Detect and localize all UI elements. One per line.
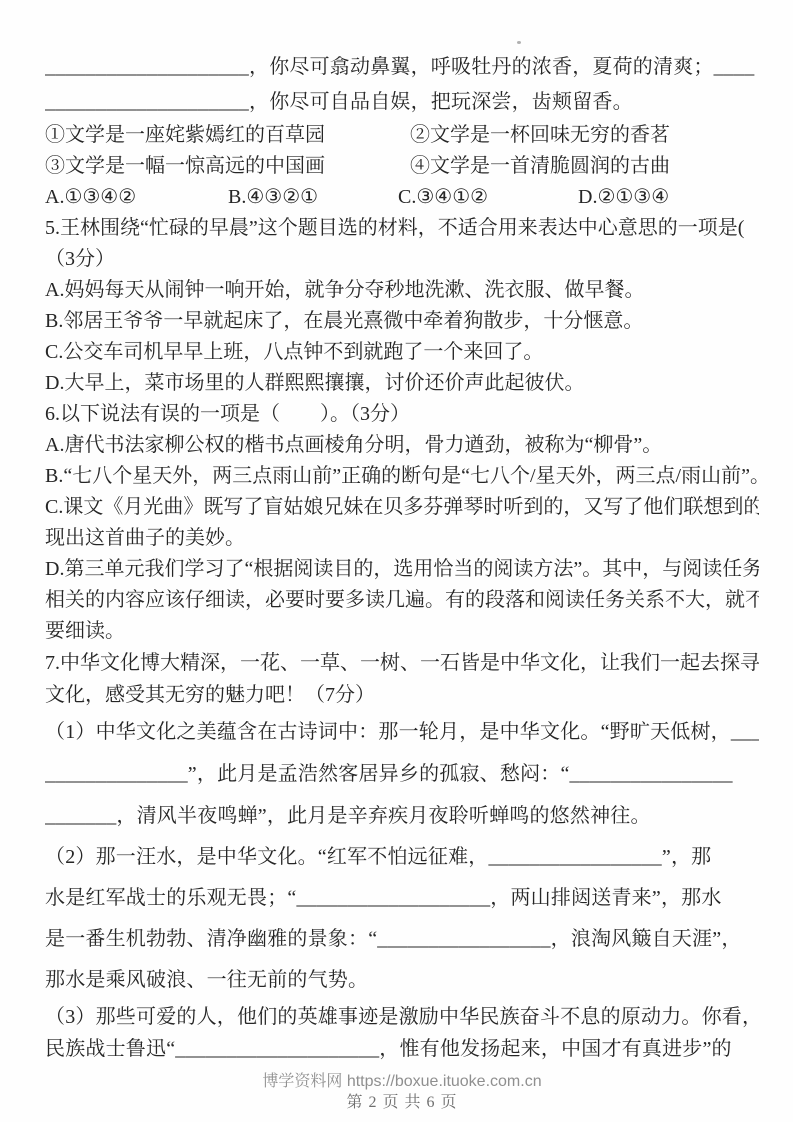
q7-sub1-line-3: _______，清风半夜鸣蝉”，此月是辛弃疾月夜聆听蝉鸣的悠然神往。 <box>45 795 759 837</box>
q4-fill-line-1: ____________________，你尽可翕动鼻翼，呼吸牡丹的浓香，夏荷的… <box>45 50 759 85</box>
scan-artifact-dot <box>517 41 521 44</box>
q6-option-c-line-1: C.课文《月光曲》既写了盲姑娘兄妹在贝多芬弹琴时听到的，又写了他们联想到的，表 <box>45 492 759 523</box>
q5-option-b: B.邻居王爷爷一早就起床了，在晨光熹微中牵着狗散步，十分惬意。 <box>45 306 759 337</box>
page-number: 第 2 页 共 6 页 <box>45 1093 759 1113</box>
question-5: 5.王林围绕“忙碌的早晨”这个题目选的材料，不适合用来表达中心意思的一项是( )… <box>45 213 759 399</box>
q4-choices-row: A.①③④② B.④③②① C.③④①② D.②①③④ <box>45 182 759 213</box>
q7-sub2-line-2: 水是红军战士的乐观无畏；“___________________，两山排闼送青来… <box>45 878 759 919</box>
q6-stem: 6.以下说法有误的一项是（ ）。（3分） <box>45 399 759 430</box>
q4-statement-4: ④文学是一首清脆圆润的古曲 <box>410 151 670 182</box>
q5-option-d: D.大早上，菜市场里的人群熙熙攘攘，讨价还价声此起彼伏。 <box>45 368 759 399</box>
q7-stem-line-1: 7.中华文化博大精深，一花、一草、一树、一石皆是中华文化，让我们一起去探寻中华 <box>45 647 759 679</box>
q7-stem-line-2: 文化，感受其无穷的魅力吧！（7分） <box>45 679 759 711</box>
q7-sub2-line-4: 那水是乘风破浪、一往无前的气势。 <box>45 960 759 1001</box>
q7-sub2-line-1: （2）那一汪水，是中华文化。“红军不怕远征难，_________________… <box>45 837 759 878</box>
q6-option-d-line-3: 要细读。 <box>45 616 759 647</box>
q4-fill-line-2: ____________________，你尽可自品自娱，把玩深尝，齿颊留香。 <box>45 85 759 120</box>
q7-sub3-line-1: （3）那些可爱的人，他们的英雄事迹是激励中华民族奋斗不息的原动力。你看，那是 <box>45 1001 759 1033</box>
q5-option-c: C.公交车司机早早上班，八点钟不到就跑了一个来回了。 <box>45 337 759 368</box>
q6-option-d-line-1: D.第三单元我们学习了“根据阅读目的，选用恰当的阅读方法”。其中，与阅读任务 <box>45 554 759 585</box>
q4-statement-2: ②文学是一杯回味无穷的香茗 <box>410 120 670 151</box>
question-6: 6.以下说法有误的一项是（ ）。（3分） A.唐代书法家柳公权的楷书点画棱角分明… <box>45 399 759 647</box>
q4-choice-a: A.①③④② <box>45 182 228 213</box>
exam-page: ____________________，你尽可翕动鼻翼，呼吸牡丹的浓香，夏荷的… <box>0 0 793 1122</box>
q6-option-c-line-2: 现出这首曲子的美妙。 <box>45 523 759 554</box>
q6-option-d-line-2: 相关的内容应该仔细读，必要时要多读几遍。有的段落和阅读任务关系不大，就不需 <box>45 585 759 616</box>
q4-statement-1: ①文学是一座姹紫嫣红的百草园 <box>45 120 410 151</box>
q6-option-b: B.“七八个星天外，两三点雨山前”正确的断句是“七八个/星天外，两三点/雨山前”… <box>45 461 759 492</box>
watermark-site-url: 博学资料网 https://boxue.ituoke.com.cn <box>45 1071 759 1093</box>
q4-choice-c: C.③④①② <box>398 182 578 213</box>
q5-stem: 5.王林围绕“忙碌的早晨”这个题目选的材料，不适合用来表达中心意思的一项是( )… <box>45 213 759 244</box>
q7-sub-question-3: （3）那些可爱的人，他们的英雄事迹是激励中华民族奋斗不息的原动力。你看，那是 民… <box>45 1001 759 1065</box>
q7-sub-question-2: （2）那一汪水，是中华文化。“红军不怕远征难，_________________… <box>45 837 759 1001</box>
q5-option-a: A.妈妈每天从闹钟一响开始，就争分夺秒地洗漱、洗衣服、做早餐。 <box>45 275 759 306</box>
q7-sub3-line-2: 民族战士鲁迅“____________________，惟有他发扬起来，中国才有… <box>45 1033 759 1065</box>
q5-score: （3分） <box>45 244 759 275</box>
q4-statement-row-2: ③文学是一幅一惊高远的中国画 ④文学是一首清脆圆润的古曲 <box>45 151 759 182</box>
question-7: 7.中华文化博大精深，一花、一草、一树、一石皆是中华文化，让我们一起去探寻中华 … <box>45 647 759 1065</box>
q4-statement-3: ③文学是一幅一惊高远的中国画 <box>45 151 410 182</box>
q7-sub1-line-2: ______________”，此月是孟浩然客居异乡的孤寂、愁闷：“______… <box>45 753 759 795</box>
q4-choice-b: B.④③②① <box>228 182 398 213</box>
page-footer: 博学资料网 https://boxue.ituoke.com.cn 第 2 页 … <box>45 1071 759 1113</box>
question-4-continuation: ____________________，你尽可翕动鼻翼，呼吸牡丹的浓香，夏荷的… <box>45 50 759 213</box>
q4-statement-row-1: ①文学是一座姹紫嫣红的百草园 ②文学是一杯回味无穷的香茗 <box>45 120 759 151</box>
q4-choice-d: D.②①③④ <box>578 182 669 213</box>
q7-sub-question-1: （1）中华文化之美蕴含在古诗词中：那一轮月，是中华文化。“野旷天低树，_____… <box>45 711 759 837</box>
q7-sub2-line-3: 是一番生机勃勃、清净幽雅的景象：“_________________，浪淘风簸自… <box>45 919 759 960</box>
q6-option-a: A.唐代书法家柳公权的楷书点画棱角分明，骨力遒劲，被称为“柳骨”。 <box>45 430 759 461</box>
q7-sub1-line-1: （1）中华文化之美蕴含在古诗词中：那一轮月，是中华文化。“野旷天低树，_____… <box>45 711 759 753</box>
